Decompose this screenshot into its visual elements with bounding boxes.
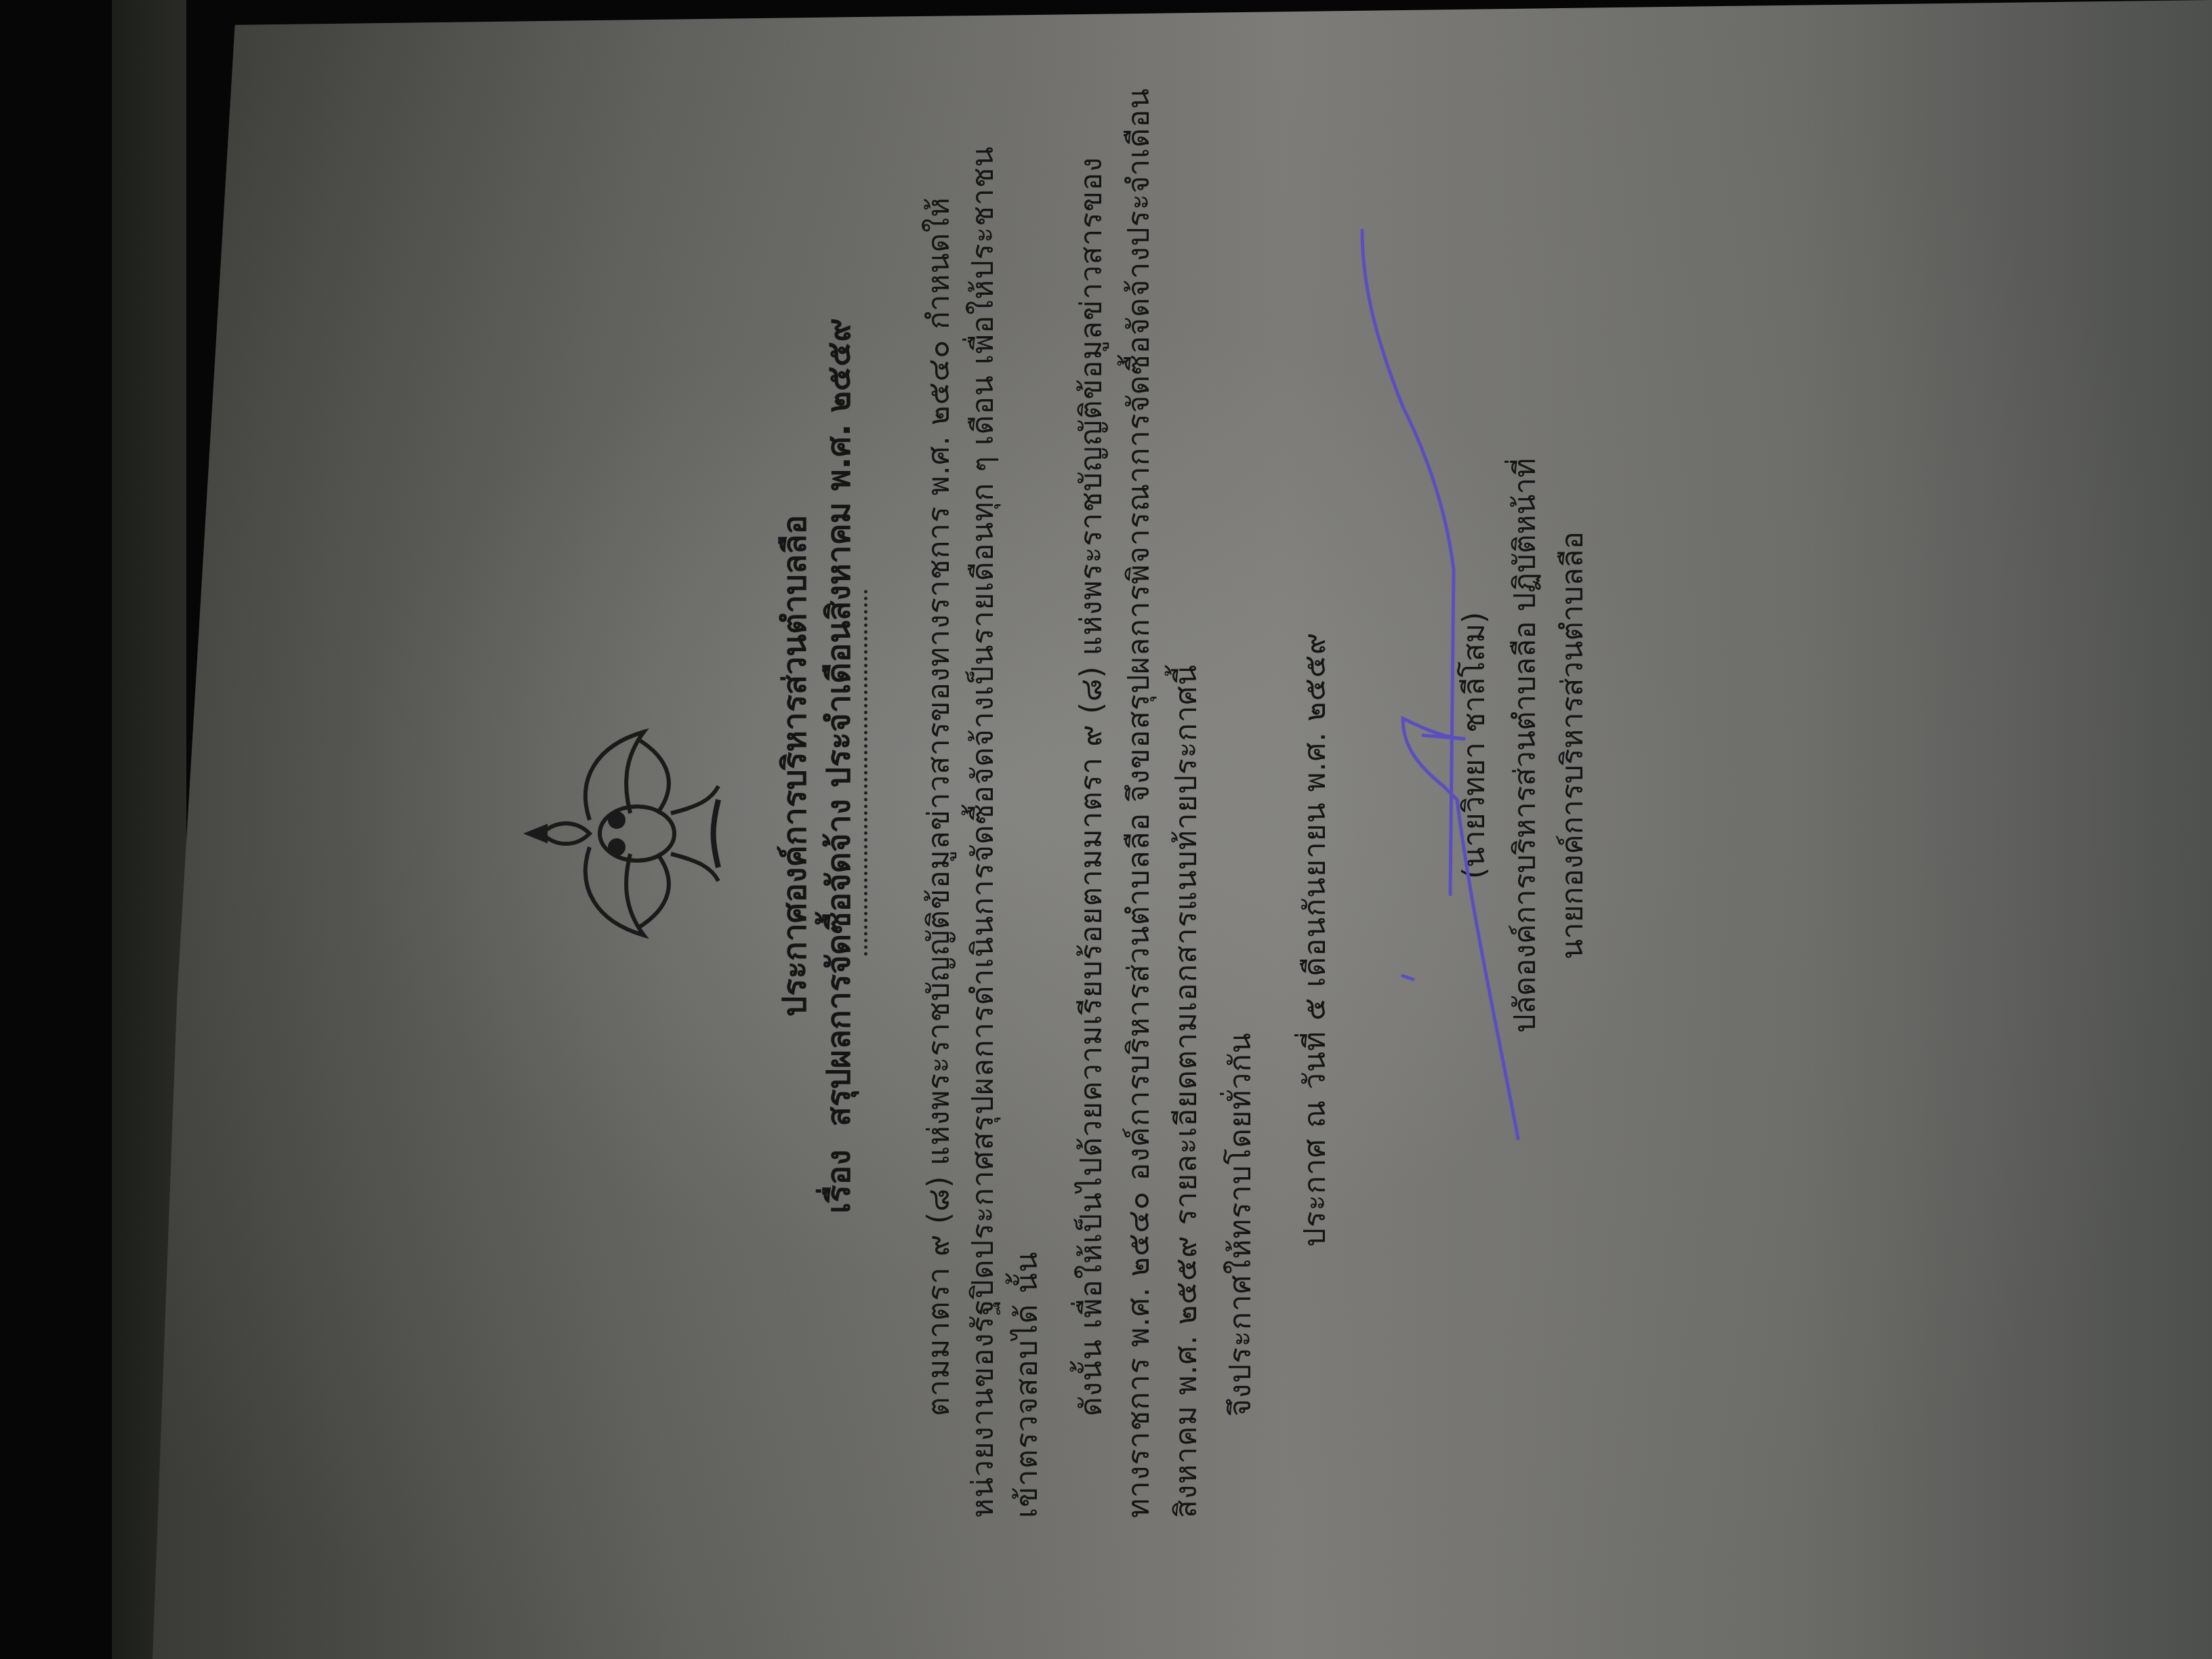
signer-title-2: นายกองค์การบริหารส่วนตำบลลือ bbox=[1549, 339, 1596, 1152]
rotated-document: ประกาศองค์การบริหารส่วนตำบลลือ เรื่องสรุ… bbox=[501, 81, 1620, 1572]
announcement-date: ประกาศ ณ วันที่ ๕ เดือนกันยายน พ.ศ. ๒๕๕๙ bbox=[1291, 632, 1338, 1247]
paragraph-2-line-3: สิงหาคม พ.ศ. ๒๕๕๙ รายละเอียดตามเอกสารแนบ… bbox=[1162, 664, 1210, 1518]
dotted-divider bbox=[857, 590, 867, 956]
subject-text: สรุปผลการจัดซื้อจัดจ้าง ประจำเดือนสิงหาค… bbox=[820, 318, 858, 1126]
paragraph-2-line-2: ทางราชการ พ.ศ. ๒๕๔๐ องค์การบริหารส่วนตำบ… bbox=[1115, 88, 1162, 1518]
signer-name: (นายวิทยา ชาลีโสม) bbox=[1450, 474, 1498, 1017]
paragraph-1-line-1: ตามมาตรา ๙ (๘) แห่งพระราชบัญญัติข้อมูลข่… bbox=[915, 197, 962, 1416]
paragraph-1-line-3: เข้าตรวจสอบได้ นั้น bbox=[1003, 1251, 1050, 1518]
paragraph-1-line-2: หน่วยงานของรัฐปิดประกาศสรุปผลการดำเนินกา… bbox=[959, 146, 1006, 1518]
closing-statement: จึงประกาศให้ทราบโดยทั่วกัน bbox=[1216, 1032, 1264, 1416]
garuda-emblem-icon bbox=[515, 718, 732, 949]
subject-label: เรื่อง bbox=[820, 1149, 858, 1213]
paragraph-2-line-1: ดังนั้น เพื่อให้เป็นไปด้วยความเรียบร้อยต… bbox=[1067, 157, 1115, 1416]
signer-title-1: ปลัดองค์การบริหารส่วนตำบลลือ ปฏิบัติหน้า… bbox=[1501, 339, 1549, 1152]
